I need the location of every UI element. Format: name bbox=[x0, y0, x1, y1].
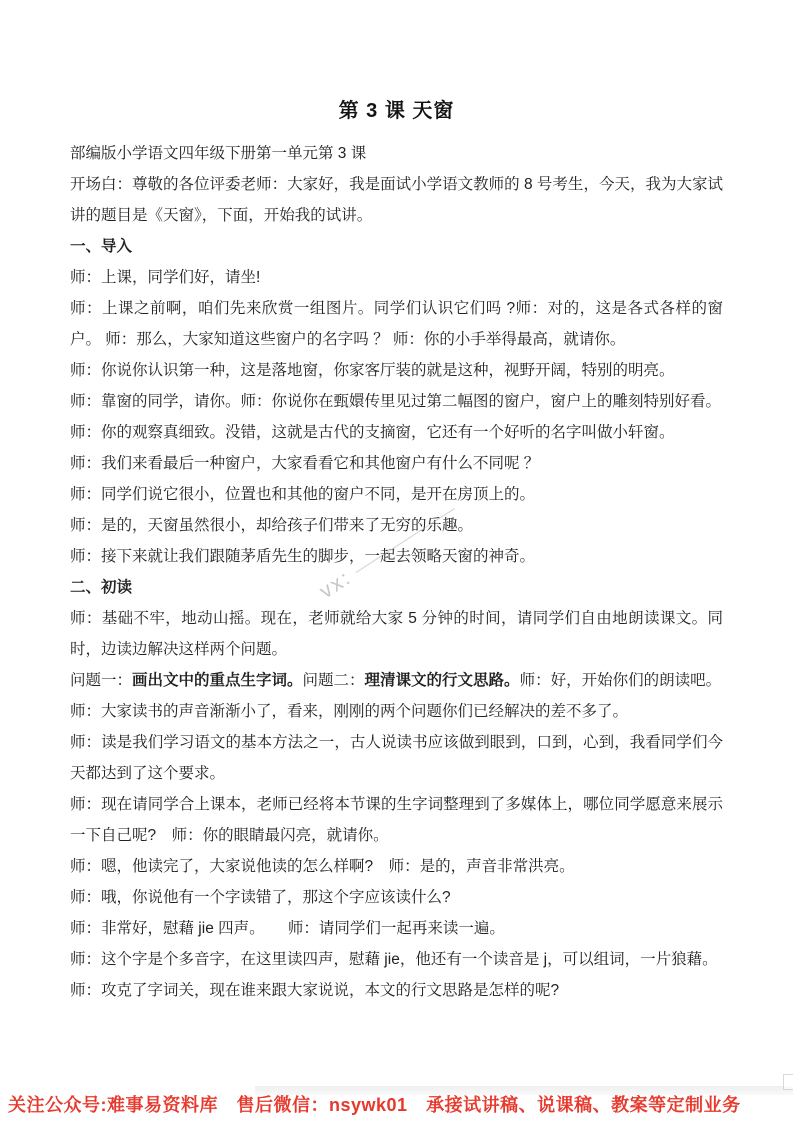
text-run: 师：好，开始你们的朗读吧。 bbox=[520, 672, 722, 689]
text-run: 一、导入 bbox=[70, 238, 132, 255]
paragraph: 师：我们来看最后一种窗户，大家看看它和其他窗户有什么不同呢 ？ bbox=[70, 448, 723, 479]
text-run: 师：上课，同学们好，请坐! bbox=[70, 269, 260, 286]
text-run: 师：嗯，他读完了，大家说他读的怎么样啊? 师：是的，声音非常洪亮。 bbox=[70, 858, 575, 875]
paragraph: 师：攻克了字词关，现在谁来跟大家说说，本文的行文思路是怎样的呢? bbox=[70, 975, 723, 1006]
page-title: 第 3 课 天窗 bbox=[0, 0, 793, 126]
text-run: 师：接下来就让我们跟随茅盾先生的脚步，一起去领略天窗的神奇。 bbox=[70, 548, 535, 565]
paragraph: 师：同学们说它很小，位置也和其他的窗户不同，是开在房顶上的。 bbox=[70, 479, 723, 510]
text-run: 二、初读 bbox=[70, 579, 132, 596]
text-run: 理清课文的行文思路。 bbox=[365, 672, 520, 689]
section-heading: 二、初读 bbox=[70, 572, 723, 603]
document-body: 部编版小学语文四年级下册第一单元第 3 课开场白：尊敬的各位评委老师：大家好，我… bbox=[70, 138, 723, 1006]
paragraph: 师：你说你认识第一种，这是落地窗，你家客厅装的就是这种，视野开阔，特别的明亮。 bbox=[70, 355, 723, 386]
paragraph: 师：上课之前啊，咱们先来欣赏一组图片。同学们认识它们吗 ?师：对的，这是各式各样… bbox=[70, 293, 723, 355]
paragraph: 问题一：画出文中的重点生字词。问题二：理清课文的行文思路。师：好，开始你们的朗读… bbox=[70, 665, 723, 696]
text-run: 师：读是我们学习语文的基本方法之一，古人说读书应该做到眼到，口到，心到，我看同学… bbox=[70, 734, 723, 782]
paragraph: 师：靠窗的同学，请你。师：你说你在甄嬛传里见过第二幅图的窗户，窗户上的雕刻特别好… bbox=[70, 386, 723, 417]
text-run: 师：你的观察真细致。没错，这就是古代的支摘窗，它还有一个好听的名字叫做小轩窗。 bbox=[70, 424, 675, 441]
text-run: 师：这个字是个多音字，在这里读四声，慰藉 jie，他还有一个读音是 j，可以组词… bbox=[70, 951, 718, 968]
text-run: 师：是的，天窗虽然很小，却给孩子们带来了无穷的乐趣。 bbox=[70, 517, 473, 534]
section-heading: 一、导入 bbox=[70, 231, 723, 262]
paragraph: 师：基础不牢，地动山摇。现在，老师就给大家 5 分钟的时间，请同学们自由地朗读课… bbox=[70, 603, 723, 665]
scan-artifact-mark bbox=[783, 1074, 793, 1090]
text-run: 师：你说你认识第一种，这是落地窗，你家客厅装的就是这种，视野开阔，特别的明亮。 bbox=[70, 362, 675, 379]
paragraph: 师：是的，天窗虽然很小，却给孩子们带来了无穷的乐趣。 bbox=[70, 510, 723, 541]
paragraph: 师：接下来就让我们跟随茅盾先生的脚步，一起去领略天窗的神奇。 bbox=[70, 541, 723, 572]
text-run: 师：大家读书的声音渐渐小了，看来，刚刚的两个问题你们已经解决的差不多了。 bbox=[70, 703, 628, 720]
paragraph: 师：大家读书的声音渐渐小了，看来，刚刚的两个问题你们已经解决的差不多了。 bbox=[70, 696, 723, 727]
text-run: 师：同学们说它很小，位置也和其他的窗户不同，是开在房顶上的。 bbox=[70, 486, 535, 503]
text-run: 开场白：尊敬的各位评委老师：大家好，我是面试小学语文教师的 8 号考生，今天，我… bbox=[70, 176, 723, 224]
paragraph: 师：哦，你说他有一个字读错了，那这个字应该读什么? bbox=[70, 882, 723, 913]
text-run: 问题二： bbox=[303, 672, 365, 689]
text-run: 师：靠窗的同学，请你。师：你说你在甄嬛传里见过第二幅图的窗户，窗户上的雕刻特别好… bbox=[70, 393, 721, 410]
footer-text-official-account: 关注公众号:难事易资料库 bbox=[8, 1095, 218, 1115]
paragraph: 开场白：尊敬的各位评委老师：大家好，我是面试小学语文教师的 8 号考生，今天，我… bbox=[70, 169, 723, 231]
paragraph: 师：这个字是个多音字，在这里读四声，慰藉 jie，他还有一个读音是 j，可以组词… bbox=[70, 944, 723, 975]
paragraph: 师：你的观察真细致。没错，这就是古代的支摘窗，它还有一个好听的名字叫做小轩窗。 bbox=[70, 417, 723, 448]
paragraph: 师：现在请同学合上课本，老师已经将本节课的生字词整理到了多媒体上，哪位同学愿意来… bbox=[70, 789, 723, 851]
paragraph: 部编版小学语文四年级下册第一单元第 3 课 bbox=[70, 138, 723, 169]
text-run: 师：攻克了字词关，现在谁来跟大家说说，本文的行文思路是怎样的呢? bbox=[70, 982, 559, 999]
paragraph: 师：读是我们学习语文的基本方法之一，古人说读书应该做到眼到，口到，心到，我看同学… bbox=[70, 727, 723, 789]
paragraph: 师：上课，同学们好，请坐! bbox=[70, 262, 723, 293]
text-run: 师：基础不牢，地动山摇。现在，老师就给大家 5 分钟的时间，请同学们自由地朗读课… bbox=[70, 610, 723, 658]
text-run: 师：我们来看最后一种窗户，大家看看它和其他窗户有什么不同呢 ？ bbox=[70, 455, 539, 472]
paragraph: 师：嗯，他读完了，大家说他读的怎么样啊? 师：是的，声音非常洪亮。 bbox=[70, 851, 723, 882]
footer-text-services: 承接试讲稿、说课稿、教案等定制业务 bbox=[426, 1095, 741, 1115]
text-run: 师：上课之前啊，咱们先来欣赏一组图片。同学们认识它们吗 ?师：对的，这是各式各样… bbox=[70, 300, 723, 348]
footer-banner: 关注公众号:难事易资料库 售后微信：nsywk01 承接试讲稿、说课稿、教案等定… bbox=[8, 1091, 793, 1117]
paragraph: 师：非常好，慰藉 jie 四声。 师：请同学们一起再来读一遍。 bbox=[70, 913, 723, 944]
footer-text-wechat: 售后微信：nsywk01 bbox=[237, 1095, 408, 1115]
text-run: 师：非常好，慰藉 jie 四声。 师：请同学们一起再来读一遍。 bbox=[70, 920, 505, 937]
text-run: 部编版小学语文四年级下册第一单元第 3 课 bbox=[70, 145, 366, 162]
text-run: 师：现在请同学合上课本，老师已经将本节课的生字词整理到了多媒体上，哪位同学愿意来… bbox=[70, 796, 723, 844]
text-run: 师：哦，你说他有一个字读错了，那这个字应该读什么? bbox=[70, 889, 451, 906]
text-run: 画出文中的重点生字词。 bbox=[132, 672, 303, 689]
text-run: 问题一： bbox=[70, 672, 132, 689]
document-page: 第 3 课 天窗 部编版小学语文四年级下册第一单元第 3 课开场白：尊敬的各位评… bbox=[0, 0, 793, 1122]
